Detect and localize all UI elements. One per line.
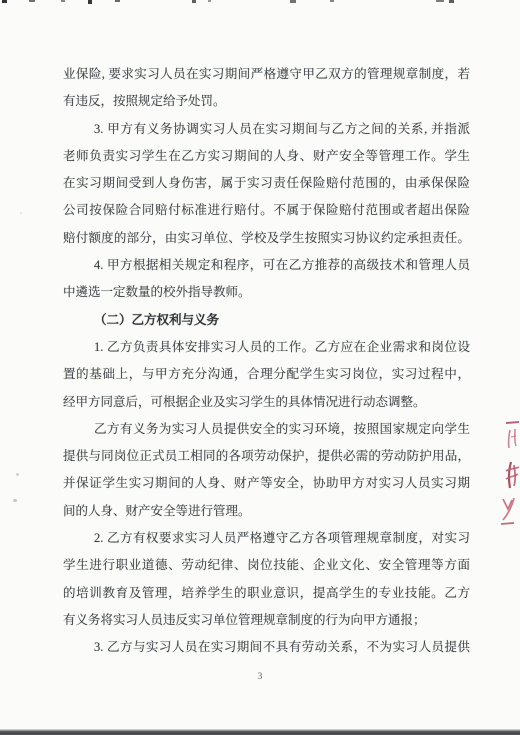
text-line: 间的人身、财产安全等进行管理。 [63,498,470,525]
text-line: 赔付额度的部分，由实习单位、学校及学生按照实习协议约定承担责任。 [63,225,470,252]
text-line: 业保险, 要求实习人员在实习期间严格遵守甲乙双方的管理规章制度，若 [63,61,470,88]
text-line: 的培训教育及管理，培养学生的职业意识，提高学生的专业技能。乙方 [63,580,470,607]
text-line: 置的基础上，与甲方充分沟通，合理分配学生实习岗位，实习过程中， [63,361,470,388]
scan-speck-icon [330,0,334,2]
text-line: 经甲方同意后，可根据企业及实习学生的具体情况进行动态调整。 [63,389,470,416]
text-line: 1. 乙方负责具体安排实习人员的工作。乙方应在企业需求和岗位设 [63,334,470,361]
text-line: 有违反，按照规定给予处罚。 [63,88,470,115]
scan-speck-icon [208,0,211,2]
scan-speck-icon [16,473,19,476]
text-line: 4. 甲方根据相关规定和程序，可在乙方推荐的高级技术和管理人员 [63,252,470,279]
scan-speck-icon [436,0,444,2]
scan-speck-icon [449,0,454,3]
red-annotation-fragment-icon [503,421,520,454]
text-line: 中遴选一定数量的校外指导教师。 [63,279,470,306]
text-line: 老师负责实习学生在乙方实习期间的人身、财产安全等管理工作。学生 [63,143,470,170]
scan-speck-icon [61,0,65,2]
scan-speck-icon [290,0,296,3]
scan-speck-icon [192,0,196,3]
text-line: 3. 甲方有义务协调实习人员在实习期间与乙方之间的关系, 并指派 [63,116,470,143]
text-line: 2. 乙方有权要求实习人员严格遵守乙方各项管理规章制度，对实习 [63,525,470,552]
text-line: 并保证学生实习期间的人身、财产等安全，协助甲方对实习人员实习期 [63,470,470,497]
section-heading: （二）乙方权利与义务 [63,307,470,334]
scan-speck-icon [88,0,92,4]
text-line: 学生进行职业道德、劳动纪律、岗位技能、企业文化、安全管理等方面 [63,552,470,579]
text-line: 3. 乙方与实习人员在实习期间不具有劳动关系，不为实习人员提供 [63,634,470,661]
text-line: 乙方有义务为实习人员提供安全的实习环境，按照国家规定向学生 [63,416,470,443]
scan-speck-icon [13,499,17,502]
scan-speck-icon [2,0,7,3]
text-line: 有义务将实习人员违反实习单位管理规章制度的行为向甲方通报； [63,607,470,634]
document-body: 业保险, 要求实习人员在实习期间严格遵守甲乙双方的管理规章制度，若 有违反，按照… [63,61,470,662]
text-line: 在实习期间受到人身伤害，属于实习责任保险赔付范围的，由承保保险 [63,170,470,197]
text-line: 提供与同岗位正式员工相同的各项劳动保护，提供必需的劳动防护用品， [63,443,470,470]
red-annotation-fragment-icon [496,495,520,529]
text-line: 公司按保险合同赔付标准进行赔付。不属于保险赔付范围或者超出保险 [63,197,470,224]
scan-bottom-edge [0,729,520,735]
scan-speck-icon [20,212,22,214]
scan-speck-icon [115,0,120,2]
page-number: 3 [0,672,520,682]
scan-speck-icon [29,0,35,2]
red-annotation-fragment-icon [501,459,520,491]
scanned-document-page: 业保险, 要求实习人员在实习期间严格遵守甲乙双方的管理规章制度，若 有违反，按照… [0,0,520,735]
